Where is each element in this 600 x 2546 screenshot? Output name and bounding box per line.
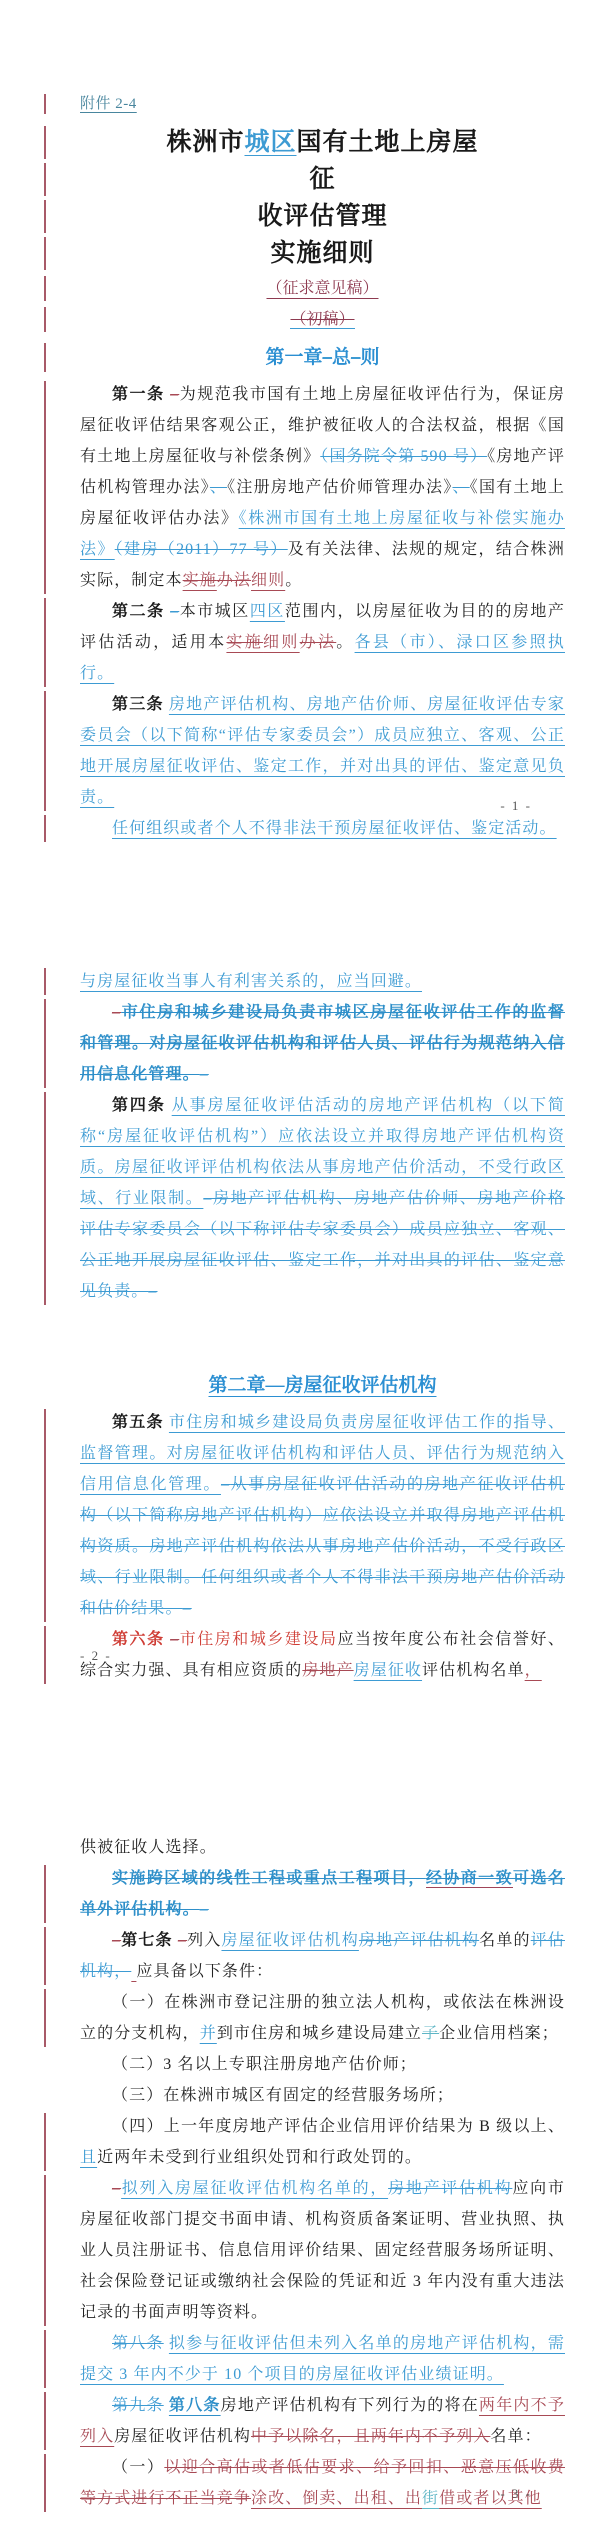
text-run: 本市城区 bbox=[179, 603, 250, 620]
deleted-text-run: 实施跨区域的线性工程或重点工程项目， bbox=[112, 1870, 426, 1887]
inserted-text-run: 第八条 bbox=[169, 2397, 221, 2414]
inserted-text-run: 细则 bbox=[263, 634, 300, 651]
article-8-deleted: 第八条 拟参与征收评估但未列入名单的房地产评估机构，需提交 3 年内不少于 10… bbox=[80, 2328, 565, 2390]
article-3: 第三条 房地产评估机构、房地产估价师、房屋征收评估专家委员会（以下简称“评估专家… bbox=[80, 689, 565, 813]
list-item-1: （一）在株洲市登记注册的独立法人机构，或依法在株洲设立的分支机构，并到市住房和城… bbox=[80, 1987, 565, 2049]
text-run: 实施 bbox=[226, 634, 263, 651]
inserted-text-run: 房屋征收 bbox=[354, 1662, 422, 1679]
deleted-bold-paragraph: –市住房和城乡建设局负责市城区房屋征收评估工作的监督和管理。对房屋征收评估机构和… bbox=[80, 997, 565, 1090]
text-run: 列入 bbox=[187, 1932, 221, 1949]
text-run: 株洲市 bbox=[166, 129, 244, 156]
article-4: 第四条 从事房屋征收评估活动的房地产评估机构（以下简称“房屋征收评估机构”）应依… bbox=[80, 1090, 565, 1307]
deleted-text-run: 中予以除名，且两年内不予列入 bbox=[251, 2428, 490, 2445]
page-2: 与房屋征收当事人有利害关系的，应当回避。–市住房和城乡建设局负责市城区房屋征收评… bbox=[0, 858, 600, 1708]
text-run: 附件 2-4 bbox=[80, 96, 137, 112]
text-run: 第五条 bbox=[112, 1414, 164, 1431]
deleted-text-run: 经协商一致 bbox=[426, 1870, 513, 1888]
text-run: 则 bbox=[361, 347, 380, 368]
text-run: 第三条 bbox=[112, 696, 164, 713]
text-run: 第一章 bbox=[265, 347, 322, 368]
inserted-text-run: 房屋征收评估机构 bbox=[221, 1932, 358, 1949]
text-run: 收评估管理 bbox=[257, 203, 387, 230]
text-run: 名单的 bbox=[479, 1932, 531, 1949]
inserted-text-run: 且 bbox=[80, 2149, 97, 2166]
text-run: 征 bbox=[309, 166, 335, 193]
deleted-text-run: （初稿） bbox=[290, 311, 354, 329]
text-run: 房屋征收评估机构 bbox=[114, 2428, 251, 2445]
chapter-heading: 第一章–总–则 bbox=[80, 341, 565, 374]
deleted-text-run: 从事房屋征收评估活动的房地产征收评估机构（以下简称房地产评估机构）应依法设立并取… bbox=[80, 1476, 565, 1617]
text-run: 名单： bbox=[490, 2428, 541, 2445]
subtitle: （征求意见稿） bbox=[80, 274, 565, 303]
article-1: 第一条 –为规范我市国有土地上房屋征收评估行为，保证房屋征收评估结果客观公正，维… bbox=[80, 379, 565, 596]
text-run: 应具备以下条件： bbox=[136, 1963, 273, 1980]
deleted-text-run: – bbox=[322, 347, 332, 368]
document-viewer: 附件 2-4株洲市城区国有土地上房屋征收评估管理实施细则（征求意见稿）（初稿）第… bbox=[0, 0, 600, 2546]
deleted-text-run: – bbox=[351, 347, 361, 368]
text-run: 《注册房地产估价师管理办法》 bbox=[227, 479, 452, 496]
continuation-paragraph: 供被征收人选择。 bbox=[80, 1832, 565, 1863]
inserted-text-run: 城区 bbox=[244, 129, 296, 156]
page-1-content: 附件 2-4株洲市城区国有土地上房屋征收评估管理实施细则（征求意见稿）（初稿）第… bbox=[80, 92, 565, 844]
deleted-text-run: – bbox=[170, 603, 179, 620]
page-3: 供被征收人选择。实施跨区域的线性工程或重点工程项目，经协商一致可选名单外评估机构… bbox=[0, 1708, 600, 2546]
page-number: - 1 - bbox=[500, 798, 532, 814]
deleted-text-run: 市住房和城乡建设局负责市城区房屋征收评估工作的监督和管理。对房屋征收评估机构和评… bbox=[80, 1004, 565, 1083]
text-run: 近两年未受到行业组织处罚和行政处罚的。 bbox=[97, 2149, 422, 2166]
text-run: 第四条 bbox=[112, 1097, 166, 1114]
text-run: （征求意见稿） bbox=[266, 280, 378, 297]
deleted-text-run: – bbox=[112, 1004, 121, 1021]
article-2: 第二条 –本市城区四区范围内，以房屋征收为目的的房地产评估活动，适用本实施细则办… bbox=[80, 596, 565, 689]
text-run: （一） bbox=[112, 2459, 164, 2476]
text-run: 房地产评估机构有下列行为的将在 bbox=[221, 2397, 479, 2414]
text-run: 实施 bbox=[183, 572, 217, 589]
doc-title-line: 实施细则 bbox=[80, 235, 565, 272]
page-number: - 3 - bbox=[500, 2486, 532, 2502]
text-run: 。 bbox=[336, 634, 354, 651]
deleted-text-run: – bbox=[170, 386, 179, 403]
chapter-heading: 第二章—房屋征收评估机构 bbox=[80, 1369, 565, 1402]
deleted-text-run: （建房（2011）77 号） bbox=[115, 541, 288, 558]
deleted-text-run: – bbox=[200, 1901, 209, 1918]
deleted-text-run: 、 bbox=[452, 479, 469, 496]
deleted-text-run: 第九条 bbox=[112, 2397, 164, 2414]
inserted-text-run: 拟列入房屋征收评估机构名单的， bbox=[121, 2180, 388, 2197]
list-item-4: （四）上一年度房地产评估企业信用评价结果为 B 级以上、且近两年未受到行业组织处… bbox=[80, 2111, 565, 2173]
text-run: 第二条 bbox=[112, 603, 165, 620]
doc-title-line: 征 bbox=[80, 161, 565, 198]
deleted-text-run: – bbox=[148, 1283, 157, 1300]
deleted-bold-paragraph: 实施跨区域的线性工程或重点工程项目，经协商一致可选名单外评估机构。– bbox=[80, 1863, 565, 1925]
text-run: 街 bbox=[422, 2490, 439, 2507]
inserted-text-run: 涂改、倒卖、出租、出 bbox=[251, 2490, 422, 2507]
inserted-text-run: ， bbox=[525, 1662, 542, 1679]
list-item-last: （一）以迎合高估或者低估要求、给予回扣、恶意压低收费等方式进行不正当竞争涂改、倒… bbox=[80, 2452, 565, 2514]
deleted-text-run: （国务院令第 590 号） bbox=[320, 448, 487, 465]
deleted-text-run: 房地产 bbox=[302, 1662, 353, 1679]
text-run: 企业信用档案； bbox=[439, 2025, 559, 2042]
page-number: - 2 - bbox=[80, 1648, 112, 1664]
text-run: 实施细则 bbox=[270, 240, 374, 267]
text-run: 总 bbox=[332, 347, 351, 368]
text-run: （四）上一年度房地产评估企业信用评价结果为 B 级以上、 bbox=[112, 2118, 565, 2135]
subtitle-deleted: （初稿） bbox=[80, 305, 565, 334]
deleted-text-run: – bbox=[183, 1600, 192, 1617]
text-run: 。 bbox=[285, 572, 302, 589]
text-run: （三）在株洲市城区有固定的经营服务场所； bbox=[112, 2087, 454, 2104]
deleted-text-run: – bbox=[200, 1066, 209, 1083]
deleted-text-run: 房地产评估机构 bbox=[388, 2180, 512, 2197]
deleted-text-run: – bbox=[112, 2180, 121, 2197]
deleted-text-run: – bbox=[112, 1932, 121, 1949]
inserted-text-run: 并 bbox=[200, 2025, 217, 2042]
article-5: 第五条 市住房和城乡建设局负责房屋征收评估工作的指导、监督管理。对房屋征收评估机… bbox=[80, 1407, 565, 1624]
text-run: 到市住房和城乡建设局建立 bbox=[217, 2025, 422, 2042]
deleted-text-run: 第八条 bbox=[112, 2335, 164, 2352]
page-3-content: 供被征收人选择。实施跨区域的线性工程或重点工程项目，经协商一致可选名单外评估机构… bbox=[80, 1832, 565, 2514]
application-paragraph: –拟列入房屋征收评估机构名单的，房地产评估机构应向市房屋征收部门提交书面申请、机… bbox=[80, 2173, 565, 2328]
inserted-text-run: 任何组织或者个人不得非法干预房屋征收评估、鉴定活动。 bbox=[112, 820, 557, 837]
text-run: 第七条 bbox=[121, 1932, 173, 1949]
deleted-text-run: 子 bbox=[422, 2025, 439, 2042]
page-1: 附件 2-4株洲市城区国有土地上房屋征收评估管理实施细则（征求意见稿）（初稿）第… bbox=[0, 0, 600, 858]
list-item-3: （三）在株洲市城区有固定的经营服务场所； bbox=[80, 2080, 565, 2111]
text-run: 第六条 bbox=[112, 1631, 165, 1648]
inserted-text-run: 细则 bbox=[251, 572, 285, 589]
text-run: 供被征收人选择。 bbox=[80, 1839, 217, 1856]
text-run: 应向市房屋征收部门提交书面申请、机构资质备案证明、营业执照、执业人员注册证书、信… bbox=[80, 2180, 565, 2321]
deleted-text-run: – bbox=[221, 1476, 230, 1493]
text-run: 评估机构名单 bbox=[422, 1662, 525, 1679]
article-7: –第七条 –列入房屋征收评估机构房地产评估机构名单的评估机构， 应具备以下条件： bbox=[80, 1925, 565, 1987]
deleted-text-run: 办法 bbox=[300, 634, 337, 651]
deleted-text-run: 房地产评估机构 bbox=[359, 1932, 479, 1949]
article-9: 第九条 第八条房地产评估机构有下列行为的将在两年内不予列入房屋征收评估机构中予以… bbox=[80, 2390, 565, 2452]
text-run: 国有土地上房屋 bbox=[297, 129, 479, 156]
doc-title-line: 株洲市城区国有土地上房屋 bbox=[80, 124, 565, 161]
list-item-2: （二）3 名以上专职注册房地产估价师； bbox=[80, 2049, 565, 2080]
deleted-text-run: – bbox=[170, 1631, 179, 1648]
inserted-text-run: 四区 bbox=[250, 603, 285, 620]
continuation-paragraph: 与房屋征收当事人有利害关系的，应当回避。 bbox=[80, 966, 565, 997]
deleted-text-run: – bbox=[178, 1932, 187, 1949]
text-run: 第二章—房屋征收评估机构 bbox=[208, 1375, 436, 1396]
article-3-para-2: 任何组织或者个人不得非法干预房屋征收评估、鉴定活动。 bbox=[80, 813, 565, 844]
deleted-text-run: 、 bbox=[210, 479, 227, 496]
text-run: 市住房和城乡建设局 bbox=[179, 1631, 337, 1648]
deleted-text-run: 办法 bbox=[217, 572, 251, 589]
inserted-text-run: 与房屋征收当事人有利害关系的，应当回避。 bbox=[80, 973, 422, 990]
article-6: 第六条 –市住房和城乡建设局应当按年度公布社会信誉好、综合实力强、具有相应资质的… bbox=[80, 1624, 565, 1686]
doc-title-line: 收评估管理 bbox=[80, 198, 565, 235]
text-run: （二）3 名以上专职注册房地产估价师； bbox=[112, 2056, 417, 2073]
attachment-label: 附件 2-4 bbox=[80, 92, 565, 116]
text-run: 第一条 bbox=[112, 386, 165, 403]
page-2-content: 与房屋征收当事人有利害关系的，应当回避。–市住房和城乡建设局负责市城区房屋征收评… bbox=[80, 966, 565, 1686]
